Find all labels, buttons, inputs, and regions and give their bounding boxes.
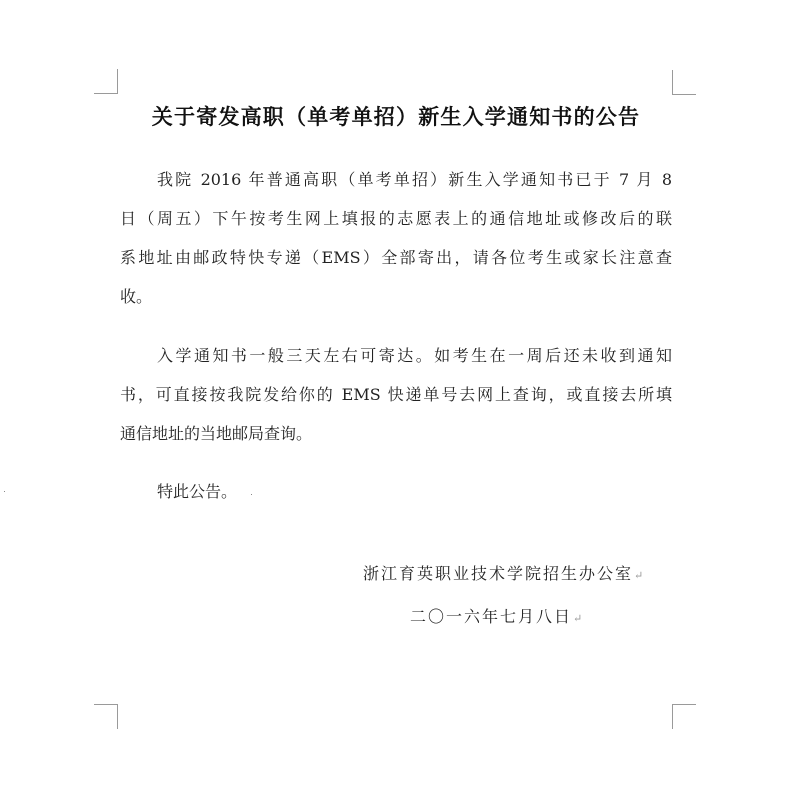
page-corner-mark-bottom-right — [672, 704, 696, 729]
paragraph-line: 书，可直接按我院发给你的 EMS 快递单号去网上查询，或直接去所填 — [120, 384, 672, 406]
document-title: 关于寄发高职（单考单招）新生入学通知书的公告 — [120, 101, 672, 131]
signature-date: 二〇一六年七月八日↵ — [410, 606, 584, 630]
page-corner-mark-top-left — [94, 69, 118, 94]
paragraph-line: 收。 — [120, 286, 672, 308]
paragraph-line: 通信地址的当地邮局查询。 — [120, 423, 672, 445]
paragraph-mark-icon: ↵ — [634, 569, 645, 582]
paragraph-line: 入学通知书一般三天左右可寄达。如考生在一周后还未收到通知 — [157, 345, 672, 367]
paragraph-line: 特此公告。 — [157, 481, 672, 503]
paragraph-line: 日（周五）下午按考生网上填报的志愿表上的通信地址或修改后的联 — [120, 208, 672, 230]
page-corner-mark-top-right — [672, 70, 696, 95]
formatting-mark — [4, 491, 5, 492]
formatting-mark — [251, 494, 252, 495]
paragraph-line: 我院 2016 年普通高职（单考单招）新生入学通知书已于 7 月 8 — [157, 169, 672, 191]
paragraph-line: 系地址由邮政特快专递（EMS）全部寄出，请各位考生或家长注意查 — [120, 247, 672, 269]
signature-date-text: 二〇一六年七月八日 — [410, 607, 572, 626]
page-corner-mark-bottom-left — [94, 704, 118, 729]
paragraph-mark-icon: ↵ — [573, 612, 584, 625]
signature-organization: 浙江育英职业技术学院招生办公室↵ — [363, 563, 645, 587]
signature-organization-text: 浙江育英职业技术学院招生办公室 — [363, 564, 633, 583]
